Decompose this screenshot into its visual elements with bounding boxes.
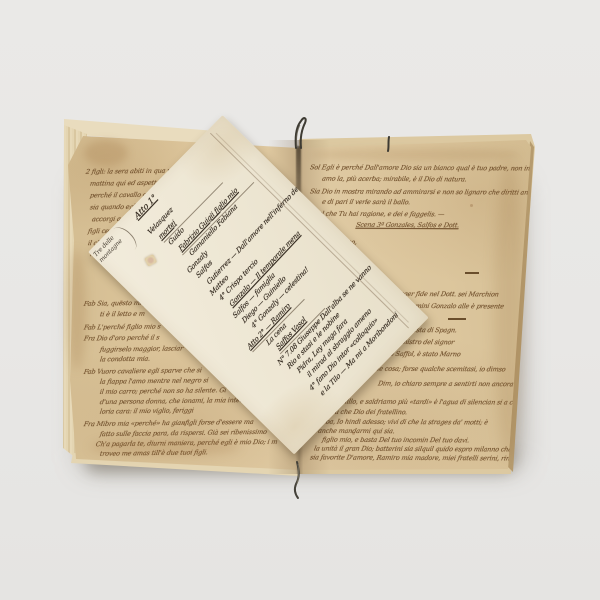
handwriting-line: Fab L'perché figlio mio s <box>83 323 161 331</box>
handwriting-line: Dim, io chiaro sempre a sentirti non anc… <box>377 381 563 388</box>
handwriting-line: la fiappa l'amo mentre nel negro si <box>99 377 209 385</box>
handwriting-line: babba, Io hindi adesso; vivi di che la s… <box>313 419 488 426</box>
handwriting-line: Sol che Tu hai ragione, e dei e faggelis… <box>313 211 444 218</box>
handwriting-line: Sol Egli è perché Dall'amore Dio sia un … <box>309 164 579 172</box>
handwriting-line: d'una persona donna, che ionami, la mia … <box>99 397 254 406</box>
handwriting-line: Fab Vuoro cavaliere egli sparve che si <box>83 367 202 375</box>
binding-string-top <box>284 106 312 150</box>
wax-seal <box>144 254 157 267</box>
foxing-dot <box>120 300 123 303</box>
handwriting-line: loria cara: il mio viglio, feriggi <box>99 407 194 415</box>
handwriting-line: la condotta mia. <box>99 356 150 363</box>
handwriting-line: e di pari il verle sarà il ballo. <box>321 199 411 206</box>
foxing-dot <box>182 422 185 425</box>
handwriting-line: la unità il gran Dio; batterini sia silq… <box>313 445 531 453</box>
binding-string-bottom <box>286 458 310 500</box>
strikethrough-mark <box>465 272 479 274</box>
handwriting-line: cile cosa; forse qualche scemitasi, io d… <box>371 366 506 373</box>
handwriting-line: Ch'a pagarla te, diurni maniera, perché … <box>95 439 278 448</box>
handwriting-line: amo la, più acerba; mirabile, è il Dio d… <box>321 176 467 183</box>
handwriting-line: nel nichillo, e saldriamo più «tardi» è … <box>321 398 535 406</box>
handwriting-line: Fra Dio d'oro perché il s <box>83 334 160 342</box>
handwriting-line: fatto sulle faccia para, da rispersi. Gi… <box>99 429 267 438</box>
photo-canvas: 2 figli: la sera abiti in qua mirando al… <box>0 0 600 600</box>
handwriting-line: figlio mio, e basta Del tuo incomin Del … <box>321 437 469 444</box>
foxing-dot <box>470 204 473 207</box>
handwriting-line: Fra Mibro mia «perché» ha gianfigli fors… <box>83 419 254 428</box>
handwriting-line: fuggirselo maggior, lasciar <box>99 345 183 353</box>
handwriting-line: il mio carro; perché non so ha silente. … <box>99 387 226 395</box>
handwriting-line: Scena 3ª Gonzales, Salfos e Dott. <box>355 222 459 229</box>
handwriting-line: troveo me amas till'è due tuoi figli. <box>99 449 208 457</box>
handwriting-line: ti è il letto e m <box>99 311 145 318</box>
foxing-dot <box>352 432 355 435</box>
handwriting-line: Sia Dio in mostra mirando ad ammirarsi e… <box>309 188 542 196</box>
binding-stitch <box>384 136 394 152</box>
strikethrough-mark <box>448 318 466 320</box>
